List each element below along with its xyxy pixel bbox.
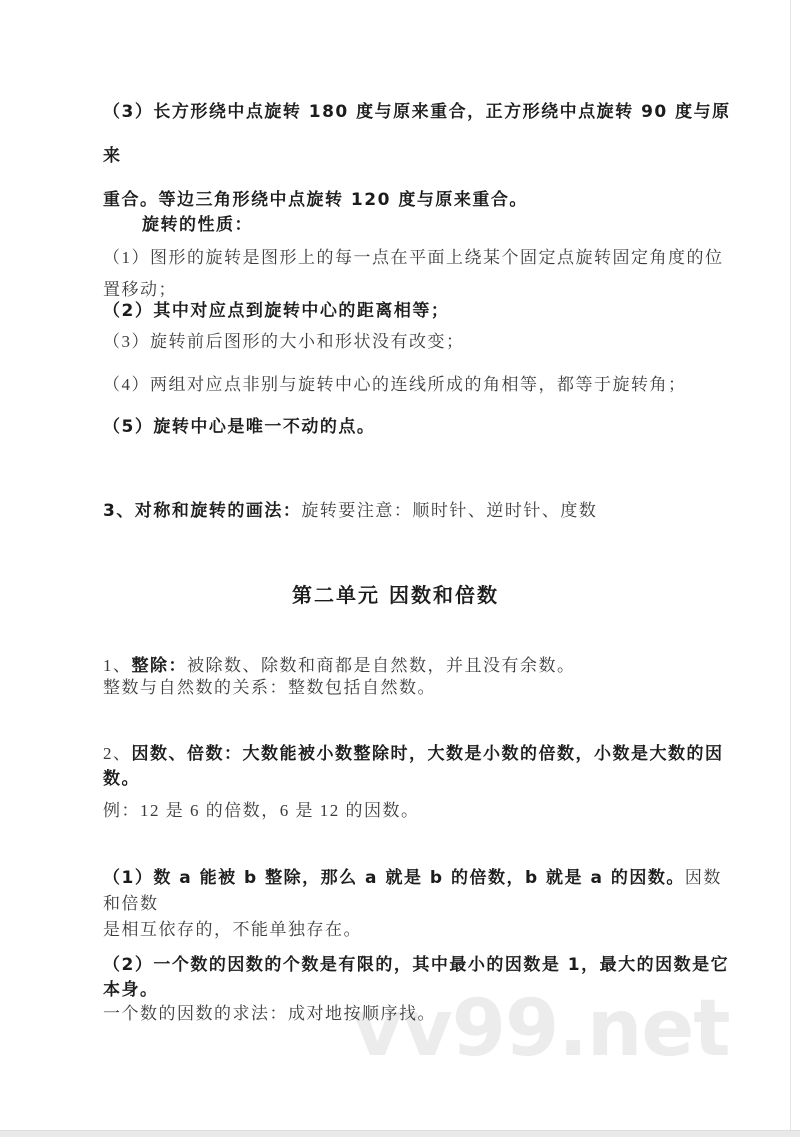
item-1-number: 1、 xyxy=(103,656,132,675)
item-3-drawing-methods: 3、对称和旋转的画法：旋转要注意：顺时针、逆时针、度数 xyxy=(103,496,735,521)
paragraph-line: 是相互依存的，不能单独存在。 xyxy=(103,917,735,943)
rotation-properties-heading: 旋转的性质： xyxy=(142,210,774,235)
item-2-factor-multiple: 2、因数、倍数：大数能被小数整除时，大数是小数的倍数，小数是大数的因 数。 xyxy=(103,741,735,792)
paragraph-line: （2）一个数的因数的个数是有限的，其中最小的因数是 1，最大的因数是它 xyxy=(103,953,735,978)
item-1-term: 整除： xyxy=(132,656,188,676)
paragraph-line: 整数与自然数的关系：整数包括自然数。 xyxy=(103,677,735,699)
item-2-definition: 因数、倍数：大数能被小数整除时，大数是小数的倍数，小数是大数的因 xyxy=(132,744,724,764)
rotation-property-2: （2）其中对应点到旋转中心的距离相等； xyxy=(103,296,735,321)
item-3-rest: 旋转要注意：顺时针、逆时针、度数 xyxy=(301,501,597,520)
rotation-property-4: （4）两组对应点非别与旋转中心的连线所成的角相等，都等于旋转角； xyxy=(103,370,735,395)
factor-note-1: （1）数 a 能被 b 整除，那么 a 就是 b 的倍数，b 就是 a 的因数。… xyxy=(103,865,735,943)
item-1-exact-division: 1、整除：被除数、除数和商都是自然数，并且没有余数。 整数与自然数的关系：整数包… xyxy=(103,655,735,699)
paragraph-line: 1、整除：被除数、除数和商都是自然数，并且没有余数。 xyxy=(103,655,735,677)
paragraph-rotation-overlap: （3）长方形绕中点旋转 180 度与原来重合，正方形绕中点旋转 90 度与原来 … xyxy=(103,90,735,222)
page-bottom-separator xyxy=(0,1130,800,1137)
rotation-property-3: （3）旋转前后图形的大小和形状没有改变； xyxy=(103,327,735,352)
rotation-property-5: （5）旋转中心是唯一不动的点。 xyxy=(103,412,735,437)
item-3-lead: 3、对称和旋转的画法： xyxy=(103,501,301,521)
paragraph-line: （1）数 a 能被 b 整除，那么 a 就是 b 的倍数，b 就是 a 的因数。… xyxy=(103,865,735,917)
document-page: vv99.net （3）长方形绕中点旋转 180 度与原来重合，正方形绕中点旋转… xyxy=(0,0,800,1137)
factor-finding-method: 一个数的因数的求法：成对地按顺序找。 xyxy=(103,999,735,1024)
paragraph-line: 数。 xyxy=(103,767,735,792)
item-2-number: 2、 xyxy=(103,744,132,763)
item-1-definition: 被除数、除数和商都是自然数，并且没有余数。 xyxy=(187,656,576,675)
factor-note-1-bold: （1）数 a 能被 b 整除，那么 a 就是 b 的倍数，b 就是 a 的因数。 xyxy=(103,868,685,888)
factor-note-2: （2）一个数的因数的个数是有限的，其中最小的因数是 1，最大的因数是它 本身。 xyxy=(103,953,735,1003)
paragraph-line: （1）图形的旋转是图形上的每一点在平面上绕某个固定点旋转固定角度的位 xyxy=(103,242,735,274)
page-edge-divider xyxy=(790,0,791,1130)
paragraph-line: 2、因数、倍数：大数能被小数整除时，大数是小数的倍数，小数是大数的因 xyxy=(103,741,735,767)
unit-2-title: 第二单元 因数和倍数 xyxy=(0,579,791,608)
example-12-6: 例：12 是 6 的倍数，6 是 12 的因数。 xyxy=(103,796,735,821)
paragraph-line: （3）长方形绕中点旋转 180 度与原来重合，正方形绕中点旋转 90 度与原来 xyxy=(103,90,735,178)
